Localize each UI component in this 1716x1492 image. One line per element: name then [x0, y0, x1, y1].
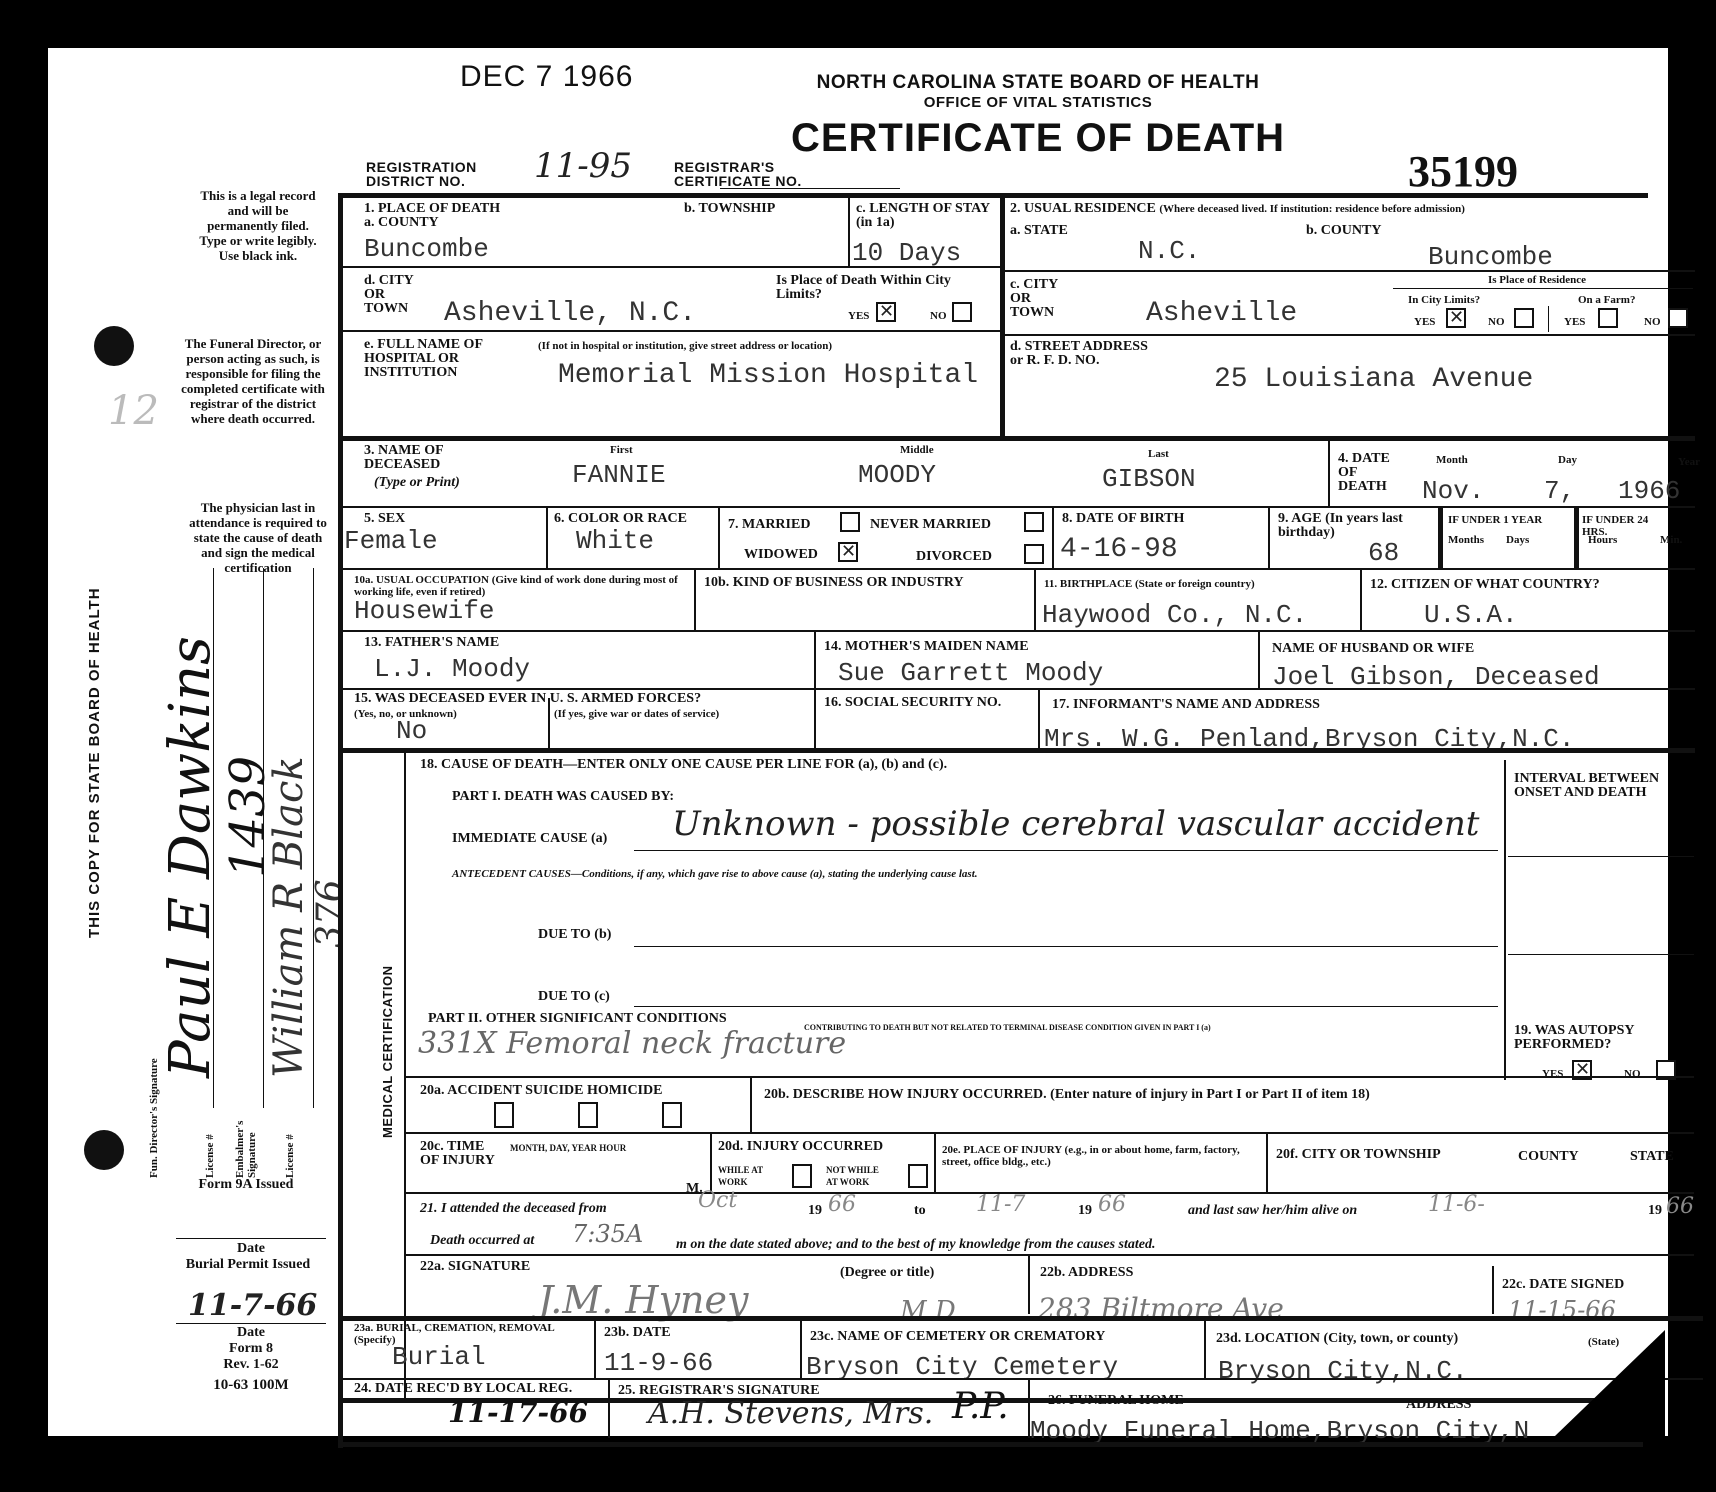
hospital-value: Memorial Mission Hospital [558, 360, 978, 391]
hours-label: Hours [1588, 534, 1617, 546]
registrar-cert-label: REGISTRAR'S CERTIFICATE NO. [674, 160, 874, 188]
armed-forces-value: No [396, 716, 427, 746]
occupation-value: Housewife [354, 596, 494, 626]
year-label: Year [1678, 456, 1700, 468]
attended-from-year-prefix: 19 [808, 1204, 822, 1218]
middle-name-value: MOODY [858, 460, 936, 490]
last-name-value: GIBSON [1102, 464, 1196, 494]
burial-location-value: Bryson City,N.C. [1218, 1356, 1468, 1386]
death-certificate-page: DEC 7 1966 NORTH CAROLINA STATE BOARD OF… [48, 48, 1668, 1436]
death-month-value: Nov. [1422, 476, 1484, 506]
date-signed-label: 22c. DATE SIGNED [1502, 1278, 1624, 1292]
injury-state-label: STATE [1630, 1150, 1674, 1164]
months-label: Months [1448, 534, 1484, 546]
father-value: L.J. Moody [374, 654, 530, 684]
month-label: Month [1436, 454, 1468, 466]
res-city-label: c. CITY OR TOWN [1010, 278, 1070, 320]
funeral-director-signature: Paul E Dawkins [158, 636, 223, 1078]
while-at-work-checkbox[interactable] [792, 1164, 812, 1188]
date-received-value: 11-17-66 [448, 1396, 588, 1429]
widowed-checkbox[interactable] [838, 542, 858, 562]
spouse-label: NAME OF HUSBAND OR WIFE [1272, 642, 1474, 656]
autopsy-no-label: NO [1624, 1068, 1641, 1080]
legal-record-note: This is a legal record and will be perma… [193, 188, 323, 263]
antecedent-label: ANTECEDENT CAUSES—Conditions, if any, wh… [452, 868, 978, 880]
first-name-label: First [610, 444, 633, 456]
res-city-no-label: NO [1488, 316, 1505, 328]
funeral-director-note: The Funeral Director, or person acting a… [173, 336, 333, 426]
address-label: 22b. ADDRESS [1040, 1266, 1133, 1280]
informant-label: 17. INFORMANT'S NAME AND ADDRESS [1052, 698, 1320, 712]
county-label: a. COUNTY [364, 216, 439, 230]
under-1-year-label: IF UNDER 1 YEAR [1448, 514, 1542, 526]
death-occurred-label: Death occurred at [430, 1234, 534, 1248]
form-number: Form 8 [176, 1342, 326, 1356]
length-of-stay-label: c. LENGTH OF STAY (in 1a) [856, 202, 996, 230]
last-saw-date: 11-6- [1428, 1192, 1485, 1217]
print-run: 10-63 100M [176, 1378, 326, 1392]
usual-residence-label: 2. USUAL RESIDENCE (Where deceased lived… [1010, 202, 1670, 216]
immediate-cause-label: IMMEDIATE CAUSE (a) [452, 832, 607, 846]
date-of-death-label: 4. DATE OF DEATH [1338, 452, 1408, 494]
hospital-hint: (If not in hospital or institution, give… [538, 340, 832, 352]
ssn-label: 16. SOCIAL SECURITY NO. [824, 696, 1001, 710]
first-name-value: FANNIE [572, 460, 666, 490]
sex-label: 5. SEX [364, 512, 405, 526]
dob-label: 8. DATE OF BIRTH [1062, 512, 1184, 526]
death-year-value: 1966 [1618, 476, 1680, 506]
cause-of-death-header: 18. CAUSE OF DEATH—ENTER ONLY ONE CAUSE … [420, 758, 947, 772]
death-occurred-tail: m on the date stated above; and to the b… [676, 1238, 1155, 1252]
married-label: 7. MARRIED [728, 518, 810, 532]
not-while-at-work-checkbox[interactable] [908, 1164, 928, 1188]
accident-label: 20a. ACCIDENT SUICIDE HOMICIDE [420, 1084, 662, 1098]
state-copy-label: THIS COPY FOR STATE BOARD OF HEALTH [86, 587, 103, 938]
divorced-checkbox[interactable] [1024, 544, 1044, 564]
place-of-residence-label: Is Place of Residence [1488, 274, 1586, 286]
attended-to-prefix: to [914, 1204, 926, 1218]
attended-from-value: Oct [698, 1188, 737, 1213]
attended-to-year-prefix: 19 [1078, 1204, 1092, 1218]
death-city-value: Asheville, N.C. [444, 298, 696, 329]
burial-date-label: 23b. DATE [604, 1326, 671, 1340]
citizen-value: U.S.A. [1424, 600, 1518, 630]
citizen-label: 12. CITIZEN OF WHAT COUNTRY? [1370, 578, 1600, 592]
last-name-label: Last [1148, 448, 1169, 460]
in-city-limits-label: In City Limits? [1408, 294, 1480, 306]
embalmer-signature: William R Black [266, 756, 312, 1078]
signature-label: 22a. SIGNATURE [420, 1260, 530, 1274]
length-of-stay-value: 10 Days [852, 238, 961, 268]
due-to-b-label: DUE TO (b) [538, 928, 611, 942]
res-farm-yes-label: YES [1564, 316, 1585, 328]
middle-name-label: Middle [900, 444, 934, 456]
death-time-value: 7:35A [572, 1220, 643, 1248]
degree-value: M.D. [900, 1296, 963, 1326]
city-township-label: 20f. CITY OR TOWNSHIP [1276, 1148, 1441, 1162]
registrar-signature-suffix: P.P. [952, 1386, 1009, 1427]
city-label: d. CITY OR TOWN [364, 274, 424, 316]
within-city-limits-label: Is Place of Death Within City Limits? [776, 274, 996, 302]
place-of-injury-label: 20e. PLACE OF INJURY (e.g., in or about … [942, 1144, 1252, 1168]
last-saw-label: and last saw her/him alive on [1188, 1204, 1357, 1218]
autopsy-label: 19. WAS AUTOPSY PERFORMED? [1514, 1024, 1694, 1052]
dob-value: 4-16-98 [1060, 534, 1178, 565]
death-in-city-no-checkbox[interactable] [952, 302, 972, 322]
place-of-death-label: 1. PLACE OF DEATH [364, 202, 500, 216]
physician-note: The physician last in attendance is requ… [188, 500, 328, 575]
res-on-farm-yes-checkbox[interactable] [1598, 308, 1618, 328]
attended-label: 21. I attended the deceased from [420, 1202, 607, 1216]
death-limits-no-label: NO [930, 310, 947, 322]
reg-district-label: REGISTRATION DISTRICT NO. [366, 160, 526, 188]
residence-city-value: Asheville [1146, 298, 1297, 329]
part-2-value: 331X Femoral neck fracture [418, 1026, 846, 1061]
accident-checkbox[interactable] [494, 1102, 514, 1128]
homicide-checkbox[interactable] [662, 1102, 682, 1128]
burial-method-value: Burial [392, 1342, 486, 1372]
burial-location-label: 23d. LOCATION (City, town, or county) [1216, 1332, 1458, 1346]
divorced-label: DIVORCED [916, 550, 992, 564]
attended-to-year: 66 [1098, 1192, 1126, 1217]
burial-permit-date: 11-7-66 [188, 1288, 317, 1323]
birthplace-label: 11. BIRTHPLACE (State or foreign country… [1044, 578, 1255, 590]
res-city-yes-label: YES [1414, 316, 1435, 328]
residence-state-value: N.C. [1138, 236, 1200, 266]
form-9a-issued: Form 9A Issued [176, 1178, 316, 1192]
name-of-deceased-label: 3. NAME OF DECEASED [364, 444, 484, 472]
autopsy-yes-label: YES [1542, 1068, 1563, 1080]
funeral-home-address-label: ADDRESS [1406, 1398, 1471, 1412]
day-label: Day [1558, 454, 1577, 466]
hospital-label: e. FULL NAME OF HOSPITAL OR INSTITUTION [364, 338, 504, 380]
license1-label: License # [204, 1134, 216, 1178]
not-while-at-work-label: NOT WHILE AT WORK [826, 1164, 886, 1188]
street-label: d. STREET ADDRESS or R. F. D. NO. [1010, 340, 1160, 368]
armed-hint-2: (If yes, give war or dates of service) [554, 708, 719, 720]
death-county-value: Buncombe [364, 234, 489, 264]
res-farm-no-label: NO [1644, 316, 1661, 328]
time-hint: MONTH, DAY, YEAR HOUR [510, 1142, 626, 1154]
occupation-label: 10a. USUAL OCCUPATION (Give kind of work… [354, 574, 694, 598]
death-day-value: 7, [1544, 476, 1575, 506]
injury-county-label: COUNTY [1518, 1150, 1579, 1164]
on-farm-label: On a Farm? [1578, 294, 1635, 306]
type-or-print-hint: (Type or Print) [374, 476, 460, 490]
funeral-home-label: 26. FUNERAL HOME [1048, 1394, 1184, 1408]
while-at-work-label: WHILE AT WORK [718, 1164, 768, 1188]
race-label: 6. COLOR OR RACE [554, 512, 687, 526]
part-1-label: PART I. DEATH WAS CAUSED BY: [452, 790, 674, 804]
res-in-city-no-checkbox[interactable] [1514, 308, 1534, 328]
page-title: CERTIFICATE OF DEATH [688, 116, 1388, 161]
never-married-checkbox[interactable] [1024, 512, 1044, 532]
birthplace-value: Haywood Co., N.C. [1042, 600, 1307, 630]
fun-dir-sig-label: Fun. Director's Signature [148, 1058, 160, 1178]
residence-street-value: 25 Louisiana Avenue [1214, 364, 1533, 395]
date-label-1: Date [176, 1242, 326, 1256]
part-2-hint: CONTRIBUTING TO DEATH BUT NOT RELATED TO… [804, 1022, 1211, 1034]
race-value: White [576, 526, 654, 556]
punch-hole-top [94, 326, 134, 366]
time-of-injury-label: 20c. TIME OF INJURY [420, 1140, 500, 1168]
injury-how-label: 20b. DESCRIBE HOW INJURY OCCURRED. (Ente… [764, 1088, 1370, 1102]
certificate-number: 35199 [1408, 146, 1518, 197]
widowed-label: WIDOWED [744, 548, 818, 562]
burial-date-value: 11-9-66 [604, 1348, 713, 1378]
burial-permit-label: Burial Permit Issued [158, 1258, 338, 1272]
last-saw-year-prefix: 19 [1648, 1204, 1662, 1218]
married-checkbox[interactable] [840, 512, 860, 532]
part-2-label: PART II. OTHER SIGNIFICANT CONDITIONS [428, 1012, 727, 1026]
death-in-city-yes-checkbox[interactable] [876, 302, 896, 322]
folded-corner [1555, 1330, 1665, 1436]
armed-forces-label: 15. WAS DECEASED EVER IN U. S. ARMED FOR… [354, 692, 701, 706]
received-stamp: DEC 7 1966 [460, 60, 633, 94]
reg-district-value: 11-95 [534, 146, 632, 186]
res-in-city-yes-checkbox[interactable] [1446, 308, 1466, 328]
last-saw-year: 66 [1666, 1194, 1694, 1219]
date-label-2: Date [176, 1326, 326, 1340]
father-label: 13. FATHER'S NAME [364, 636, 499, 650]
injury-occurred-label: 20d. INJURY OCCURRED [718, 1140, 883, 1154]
attended-from-year: 66 [828, 1192, 856, 1217]
attended-to-value: 11-7 [976, 1192, 1025, 1217]
immediate-cause-value: Unknown - possible cerebral vascular acc… [672, 804, 1479, 844]
punch-hole-bottom [84, 1130, 124, 1170]
sex-value: Female [344, 526, 438, 556]
industry-label: 10b. KIND OF BUSINESS OR INDUSTRY [704, 576, 964, 590]
death-limits-yes-label: YES [848, 310, 869, 322]
res-on-farm-no-checkbox[interactable] [1668, 308, 1688, 328]
age-label: 9. AGE (In years last birthday) [1278, 512, 1428, 540]
never-married-label: NEVER MARRIED [870, 518, 991, 532]
suicide-checkbox[interactable] [578, 1102, 598, 1128]
mother-value: Sue Garrett Moody [838, 658, 1103, 688]
embalmer-sig-label: Embalmer's Signature [234, 1088, 258, 1178]
township-label: b. TOWNSHIP [684, 202, 775, 216]
days-label: Days [1506, 534, 1529, 546]
degree-label: (Degree or title) [840, 1266, 934, 1280]
form-revision: Rev. 1-62 [176, 1358, 326, 1372]
date-received-label: 24. DATE REC'D BY LOCAL REG. [354, 1382, 574, 1396]
license2-label: License # [284, 1134, 296, 1178]
agency-office: OFFICE OF VITAL STATISTICS [688, 94, 1388, 111]
min-label: Min. [1660, 534, 1682, 546]
state-label: a. STATE [1010, 224, 1068, 238]
agency-name: NORTH CAROLINA STATE BOARD OF HEALTH [688, 72, 1388, 94]
age-value: 68 [1368, 538, 1399, 568]
medical-certification-label: MEDICAL CERTIFICATION [380, 965, 395, 1138]
registrar-signature: A.H. Stevens, Mrs. [648, 1396, 933, 1431]
residence-county-value: Buncombe [1428, 242, 1553, 272]
interval-label: INTERVAL BETWEEN ONSET AND DEATH [1514, 772, 1704, 800]
due-to-c-label: DUE TO (c) [538, 990, 610, 1004]
cemetery-label: 23c. NAME OF CEMETERY OR CREMATORY [810, 1330, 1105, 1344]
res-county-label: b. COUNTY [1306, 224, 1381, 238]
mother-label: 14. MOTHER'S MAIDEN NAME [824, 640, 1029, 654]
margin-scribble: 12 [108, 388, 159, 434]
